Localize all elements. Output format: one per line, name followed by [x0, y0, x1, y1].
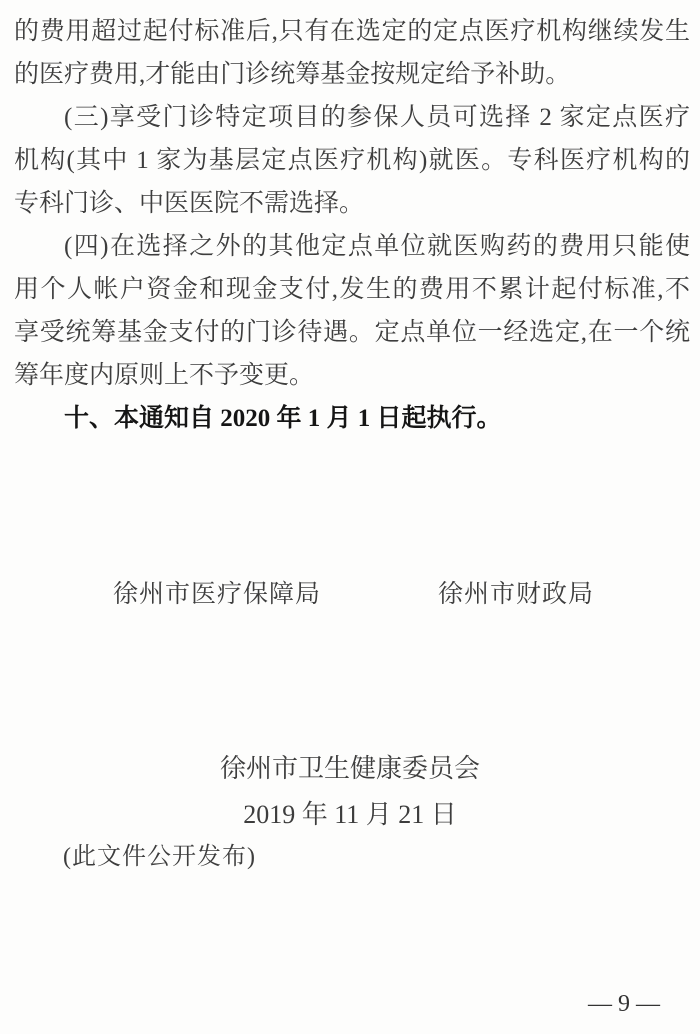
- body-line: 享受统筹基金支付的门诊待遇。定点单位一经选定,在一个统: [14, 311, 690, 354]
- body-line: 的医疗费用,才能由门诊统筹基金按规定给予补助。: [14, 53, 690, 96]
- body-line: 机构(其中 1 家为基层定点医疗机构)就医。专科医疗机构的: [14, 139, 690, 182]
- signature-medical-bureau: 徐州市医疗保障局: [113, 574, 321, 610]
- body-line: 专科门诊、中医医院不需选择。: [14, 182, 690, 225]
- document-body: 的费用超过起付标准后,只有在选定的定点医疗机构继续发生 的医疗费用,才能由门诊统…: [14, 10, 690, 442]
- body-line: 用个人帐户资金和现金支付,发生的费用不累计起付标准,不: [14, 268, 690, 311]
- body-line: 筹年度内原则上不予变更。: [14, 354, 690, 397]
- signature-finance-bureau: 徐州市财政局: [438, 574, 594, 610]
- page-number: — 9 —: [588, 991, 660, 1018]
- body-line: (四)在选择之外的其他定点单位就医购药的费用只能使: [14, 225, 690, 268]
- issue-date: 2019 年 11 月 21 日: [0, 794, 700, 831]
- effective-date-line: 十、本通知自 2020 年 1 月 1 日起执行。: [14, 397, 690, 440]
- document-page: 的费用超过起付标准后,只有在选定的定点医疗机构继续发生 的医疗费用,才能由门诊统…: [0, 0, 700, 1034]
- signature-row: 徐州市医疗保障局 徐州市财政局: [0, 574, 700, 606]
- body-line: (三)享受门诊特定项目的参保人员可选择 2 家定点医疗: [14, 96, 690, 139]
- public-release-note: (此文件公开发布): [63, 836, 256, 871]
- body-line: 的费用超过起付标准后,只有在选定的定点医疗机构继续发生: [14, 10, 690, 53]
- issuer-name: 徐州市卫生健康委员会: [0, 748, 700, 785]
